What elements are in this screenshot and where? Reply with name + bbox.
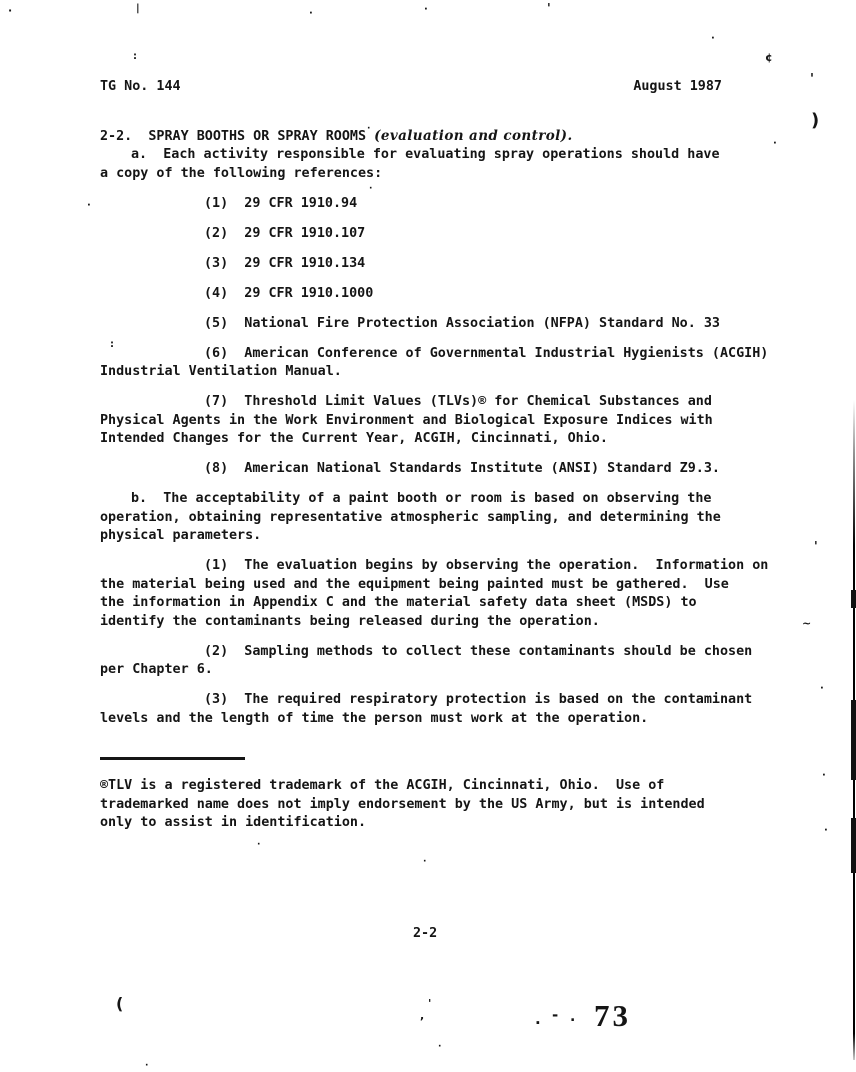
reference-item-3: (3) 29 CFR 1910.134	[100, 255, 790, 274]
scan-artifact: )	[811, 112, 819, 130]
scan-artifact: ·	[8, 5, 12, 16]
scan-artifact: ~	[802, 618, 811, 629]
scan-artifact: ·	[145, 1062, 148, 1071]
paragraph-b-item-1: (1) The evaluation begins by observing t…	[100, 557, 790, 631]
reference-item-1: (1) 29 CFR 1910.94	[100, 195, 790, 214]
footnote: ®TLV is a registered trademark of the AC…	[100, 777, 790, 833]
scan-artifact: ·	[87, 201, 91, 211]
doc-number: TG No. 144	[100, 78, 181, 97]
scan-artifact: ·	[820, 684, 824, 694]
scan-artifact: ·	[438, 1043, 441, 1052]
scan-artifact: ¢	[765, 52, 773, 63]
scan-edge-blob	[851, 818, 856, 873]
scan-artifact: ·	[257, 841, 260, 850]
scan-artifact: ,	[420, 1010, 424, 1021]
page-content: TG No. 144 August 1987 2-2. SPRAY BOOTHS…	[100, 78, 790, 844]
paragraph-b-item-2: (2) Sampling methods to collect these co…	[100, 643, 790, 680]
scan-artifact: ·	[822, 771, 826, 781]
stamp-page-number: 73	[594, 1000, 631, 1031]
scan-artifact: ·	[369, 185, 372, 194]
scan-artifact: :	[133, 52, 137, 62]
document-page: TG No. 144 August 1987 2-2. SPRAY BOOTHS…	[0, 0, 856, 1072]
reference-item-6: (6) American Conference of Governmental …	[100, 345, 790, 382]
scan-artifact: :	[110, 340, 114, 350]
section-heading-italic: (evaluation and control).	[374, 128, 572, 144]
scan-artifact: (	[116, 996, 123, 1012]
scan-artifact: '	[810, 73, 814, 86]
page-header: TG No. 144 August 1987	[100, 78, 722, 97]
paragraph-b-item-3: (3) The required respiratory protection …	[100, 691, 790, 728]
scan-artifact: .	[570, 1010, 575, 1024]
scan-edge-blob	[851, 590, 856, 608]
paragraph-b: b. The acceptability of a paint booth or…	[100, 490, 790, 546]
scan-artifact: .	[535, 1012, 541, 1027]
scan-artifact: ·	[367, 125, 370, 134]
section-heading: 2-2. SPRAY BOOTHS OR SPRAY ROOMS (evalua…	[100, 127, 790, 147]
reference-item-7: (7) Threshold Limit Values (TLVs)® for C…	[100, 393, 790, 449]
section-heading-lead: 2-2. SPRAY BOOTHS OR SPRAY ROOMS	[100, 129, 374, 144]
scan-artifact: ·	[824, 826, 828, 836]
scan-artifact: ·	[424, 5, 428, 15]
scan-artifact: ·	[711, 34, 715, 44]
scan-artifact: |	[136, 4, 140, 14]
scan-artifact: ·	[773, 139, 777, 149]
doc-date: August 1987	[633, 78, 722, 97]
scan-artifact: -	[552, 1008, 558, 1023]
reference-item-5: (5) National Fire Protection Association…	[100, 315, 790, 334]
scan-artifact: '	[814, 540, 818, 552]
paragraph-a: a. Each activity responsible for evaluat…	[100, 146, 790, 183]
page-number: 2-2	[413, 925, 437, 944]
scan-artifact: '	[547, 2, 551, 14]
scan-edge-blob	[851, 700, 856, 780]
scan-artifact: '	[428, 998, 431, 1009]
scan-artifact: ·	[423, 858, 426, 867]
reference-item-2: (2) 29 CFR 1910.107	[100, 225, 790, 244]
reference-item-8: (8) American National Standards Institut…	[100, 460, 790, 479]
reference-item-4: (4) 29 CFR 1910.1000	[100, 285, 790, 304]
scan-artifact: ·	[309, 9, 313, 19]
footnote-rule	[100, 757, 245, 760]
